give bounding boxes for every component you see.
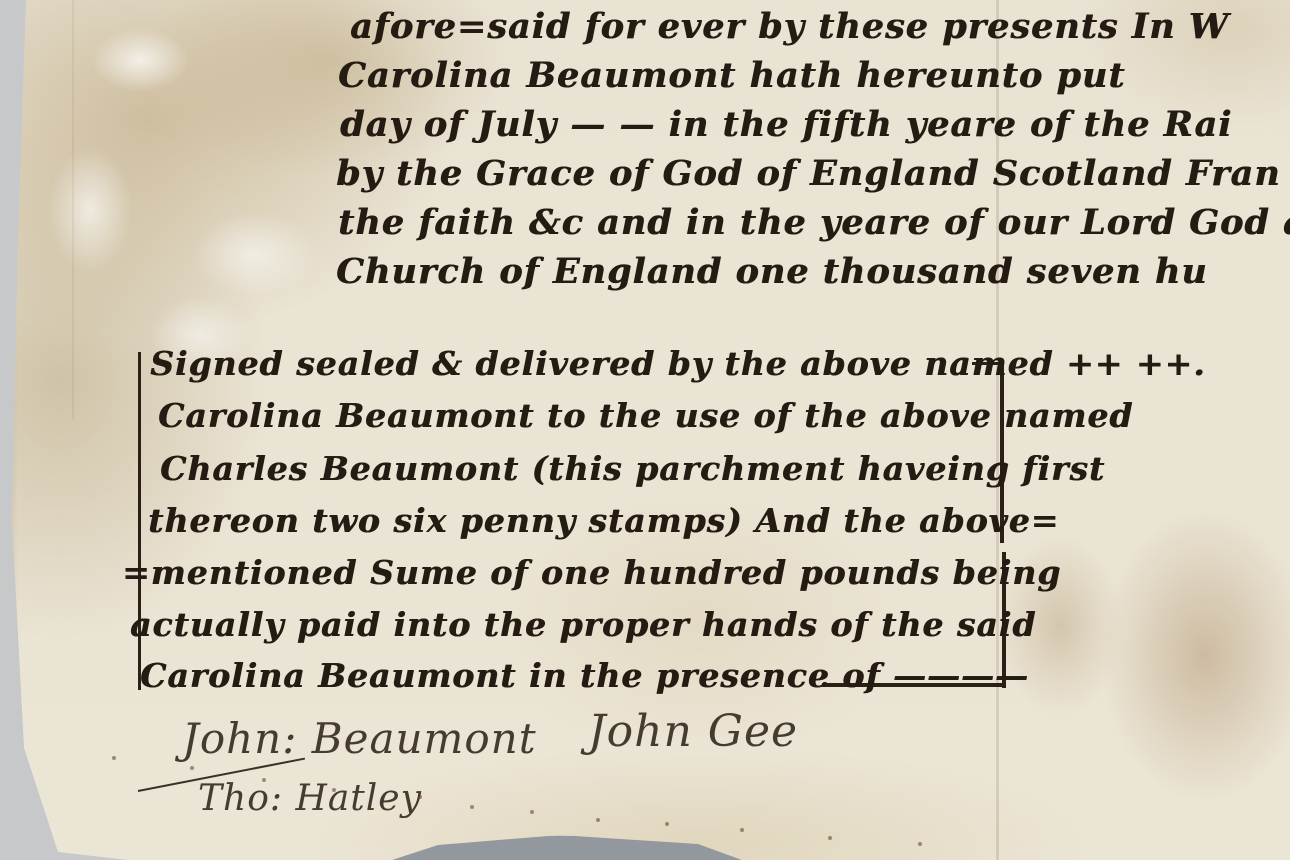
parchment-edge-shadow: [0, 0, 18, 860]
photograph-of-deed: afore=said for ever by these presents In…: [0, 0, 1290, 860]
pricking-dot: [418, 795, 422, 799]
attestation-line: Carolina Beaumont to the use of the abov…: [158, 396, 1133, 435]
pricking-dot: [190, 766, 194, 770]
fold-crease: [72, 0, 74, 420]
attestation-line: Carolina Beaumont in the presence of ———…: [140, 656, 1029, 695]
pricking-dot: [530, 810, 534, 814]
pricking-dot: [828, 836, 832, 840]
parchment-sheet: afore=said for ever by these presents In…: [0, 0, 1290, 860]
signature-john-beaumont: John: Beaumont: [182, 714, 537, 763]
pricking-dot: [740, 828, 744, 832]
pricking-dot: [262, 778, 266, 782]
pricking-dot: [918, 842, 922, 846]
signature-tho-hatley: Tho: Hatley: [198, 778, 422, 819]
deed-body-line: the faith &c and in the yeare of our Lor…: [338, 202, 1290, 243]
deed-body-line: Carolina Beaumont hath hereunto put: [338, 55, 1125, 96]
attestation-line: thereon two six penny stamps) And the ab…: [148, 501, 1059, 540]
deed-body-line: day of July — — in the fifth yeare of th…: [340, 104, 1232, 145]
pricking-dot: [332, 788, 336, 792]
attestation-line: Charles Beaumont (this parchment haveing…: [160, 449, 1105, 488]
pricking-dot: [470, 805, 474, 809]
pricking-dot: [112, 756, 116, 760]
deed-body-line: Church of England one thousand seven hu: [336, 251, 1208, 292]
signature-john-gee: John Gee: [588, 706, 798, 757]
attestation-line: actually paid into the proper hands of t…: [130, 605, 1036, 644]
attestation-line: Signed sealed & delivered by the above n…: [150, 344, 1206, 383]
pricking-dot: [665, 822, 669, 826]
pricking-dot: [596, 818, 600, 822]
deed-body-line: by the Grace of God of England Scotland …: [336, 153, 1281, 194]
attestation-line: =mentioned Sume of one hundred pounds be…: [122, 553, 1061, 592]
deed-body-line: afore=said for ever by these presents In…: [350, 6, 1229, 47]
